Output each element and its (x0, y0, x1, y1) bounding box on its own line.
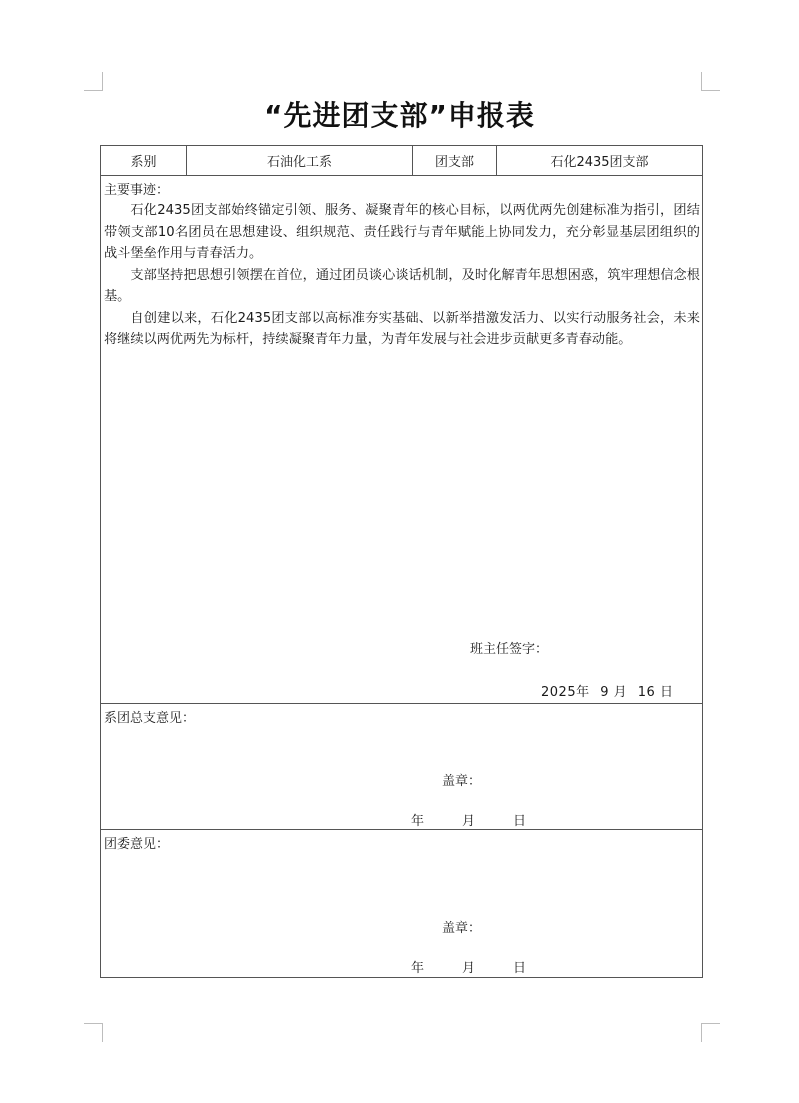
header-row: 系别 石油化工系 团支部 石化2435团支部 (101, 146, 702, 176)
date-line: 年 月 日 (411, 810, 564, 829)
department-value[interactable]: 石油化工系 (187, 146, 413, 175)
seal-label: 盖章： (442, 770, 481, 789)
paragraph: 自创建以来，石化2435团支部以高标准夯实基础、以新举措激发活力、以实行动服务社… (104, 308, 700, 351)
date-month: 9 月 (600, 685, 627, 700)
month-label: 月 (462, 957, 513, 976)
seal-label: 盖章： (442, 917, 481, 936)
department-branch-opinion-section[interactable]: 系团总支意见： 盖章： 年 月 日 (101, 704, 702, 830)
year-label: 年 (411, 810, 462, 829)
department-branch-opinion-label: 系团总支意见： (104, 707, 195, 726)
paragraph: 支部坚持把思想引领摆在首位，通过团员谈心谈话机制，及时化解青年思想困惑，筑牢理想… (104, 265, 700, 308)
year-label: 年 (411, 957, 462, 976)
date-year: 2025年 (541, 685, 590, 700)
day-label: 日 (513, 810, 564, 829)
league-committee-opinion-section[interactable]: 团委意见： 盖章： 年 月 日 (101, 830, 702, 978)
application-form-table: 系别 石油化工系 团支部 石化2435团支部 主要事迹： 石化2435团支部始终… (100, 145, 703, 978)
date-line: 年 月 日 (411, 957, 564, 976)
signature-date: 2025年 9 月 16 日 (541, 681, 679, 700)
crop-mark-bottom-left (84, 1023, 103, 1042)
crop-mark-top-left (84, 72, 103, 91)
department-label: 系别 (101, 146, 187, 175)
month-label: 月 (462, 810, 513, 829)
paragraph: 石化2435团支部始终锚定引领、服务、凝聚青年的核心目标，以两优两先创建标准为指… (104, 200, 700, 265)
head-teacher-signature-label: 班主任签字： (470, 638, 548, 657)
crop-mark-bottom-right (701, 1023, 720, 1042)
day-label: 日 (513, 957, 564, 976)
main-achievements-label: 主要事迹： (104, 179, 169, 198)
date-day: 16 日 (638, 685, 674, 700)
crop-mark-top-right (701, 72, 720, 91)
league-committee-opinion-label: 团委意见： (104, 833, 169, 852)
page-title: “先进团支部”申报表 (0, 94, 799, 134)
achievements-text[interactable]: 石化2435团支部始终锚定引领、服务、凝聚青年的核心目标，以两优两先创建标准为指… (104, 200, 700, 351)
branch-value[interactable]: 石化2435团支部 (497, 146, 702, 175)
main-achievements-section[interactable]: 主要事迹： 石化2435团支部始终锚定引领、服务、凝聚青年的核心目标，以两优两先… (101, 176, 702, 704)
branch-label: 团支部 (413, 146, 497, 175)
